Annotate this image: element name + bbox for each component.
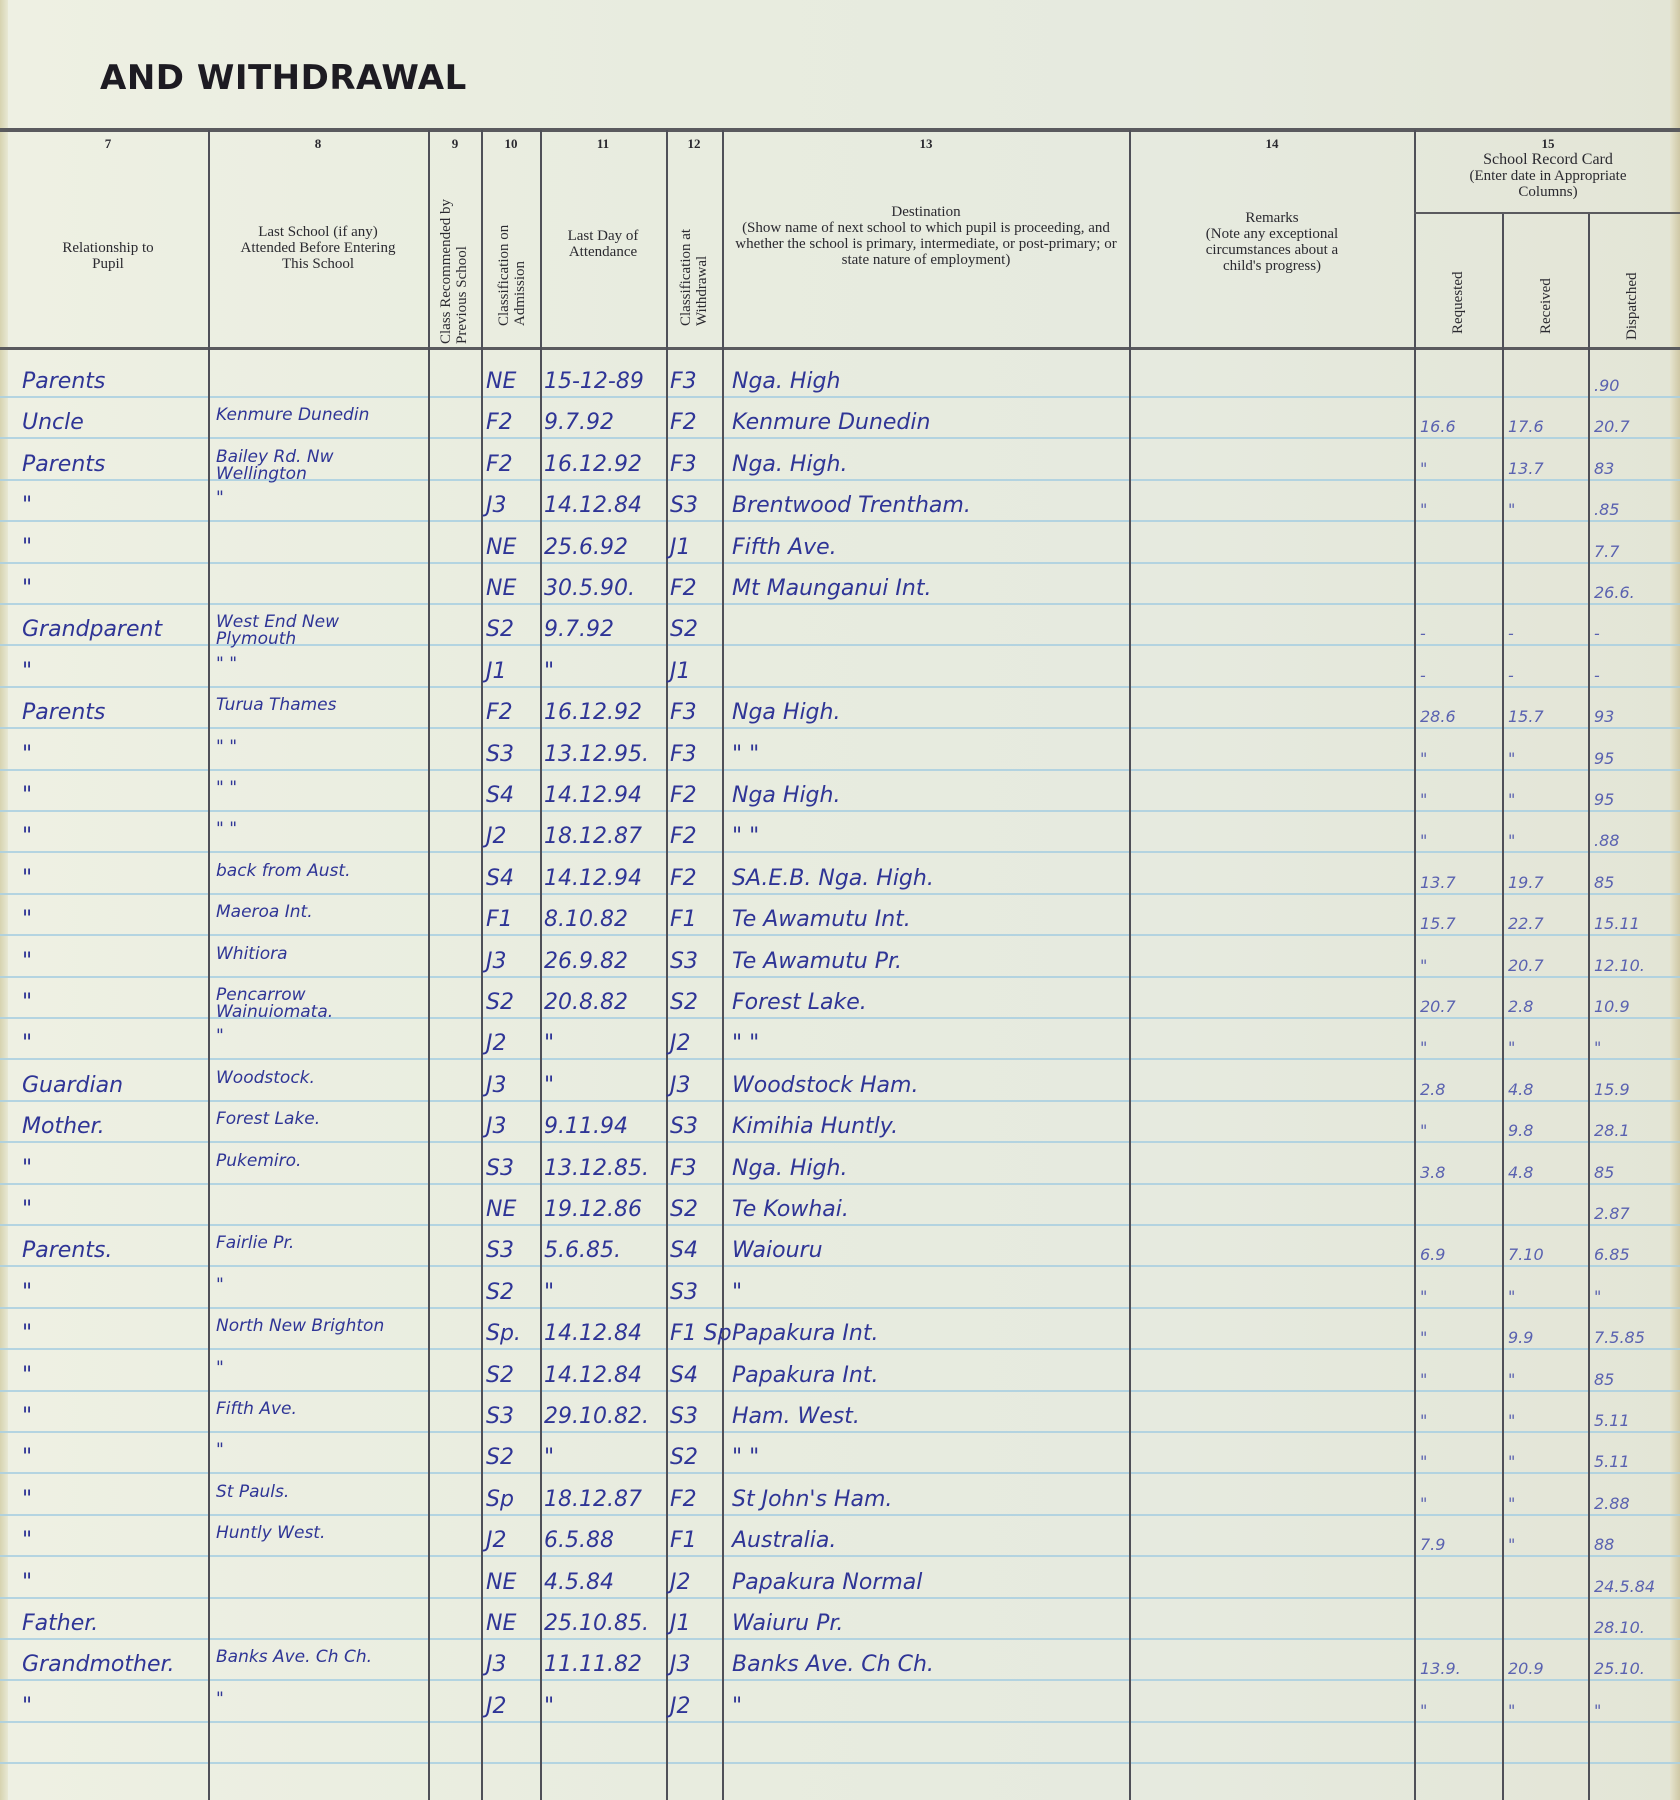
- relationship-cell: Mother.: [22, 1115, 105, 1139]
- ruled-line: [0, 1307, 1680, 1309]
- ruled-line: [0, 1348, 1680, 1350]
- header-classification-withdrawal-label: Classification at Withdrawal: [678, 166, 710, 326]
- requested-date-cell: 13.9.: [1420, 1657, 1461, 1681]
- ruled-line: [0, 1638, 1680, 1640]
- relationship-cell: ": [22, 1405, 32, 1429]
- last-school-cell: back from Aust.: [216, 863, 416, 880]
- received-date-cell: 22.7: [1508, 912, 1544, 936]
- header-classification-admission-label: Classification on Admission: [496, 166, 528, 326]
- dispatched-date-cell: 15.11: [1594, 912, 1640, 936]
- last-day-cell: 15-12-89: [544, 370, 644, 394]
- relationship-cell: ": [22, 1198, 32, 1222]
- last-day-cell: 13.12.85.: [544, 1157, 649, 1181]
- relationship-cell: ": [22, 1032, 32, 1056]
- last-day-cell: 14.12.94: [544, 867, 642, 891]
- destination-cell: ": [732, 1695, 742, 1719]
- destination-cell: Papakura Int.: [732, 1322, 878, 1346]
- last-school-cell: North New Brighton: [216, 1318, 416, 1335]
- ruled-line: [0, 1721, 1680, 1723]
- requested-date-cell: 13.7: [1420, 871, 1456, 895]
- withdrawal-class-cell: F3: [670, 743, 697, 767]
- destination-cell: Kimihia Huntly.: [732, 1115, 898, 1139]
- withdrawal-class-cell: S2: [670, 618, 698, 642]
- admission-class-cell: F1: [486, 908, 513, 932]
- relationship-cell: ": [22, 950, 32, 974]
- relationship-cell: ": [22, 1571, 32, 1595]
- last-school-cell: Pencarrow Wainuiomata.: [216, 987, 416, 1021]
- last-day-cell: 19.12.86: [544, 1198, 642, 1222]
- relationship-cell: ": [22, 867, 32, 891]
- admission-class-cell: S3: [486, 1157, 514, 1181]
- requested-date-cell: 3.8: [1420, 1161, 1445, 1185]
- withdrawal-class-cell: J3: [670, 1653, 691, 1677]
- last-day-cell: 25.10.85.: [544, 1612, 649, 1636]
- requested-date-cell: ": [1420, 1119, 1427, 1143]
- ruled-line: [0, 1141, 1680, 1143]
- last-day-cell: 5.6.85.: [544, 1239, 621, 1263]
- received-date-cell: -: [1508, 622, 1514, 646]
- requested-date-cell: ": [1420, 457, 1427, 481]
- last-school-cell: Bailey Rd. Nw Wellington: [216, 449, 416, 483]
- dispatched-date-cell: ": [1594, 1285, 1601, 1309]
- relationship-cell: Uncle: [22, 411, 84, 435]
- relationship-cell: Grandmother.: [22, 1653, 175, 1677]
- withdrawal-class-cell: F2: [670, 1488, 697, 1512]
- dispatched-date-cell: 12.10.: [1594, 954, 1645, 978]
- ruled-line: [0, 1514, 1680, 1516]
- withdrawal-class-cell: S3: [670, 1405, 698, 1429]
- last-school-cell: West End New Plymouth: [216, 614, 416, 648]
- header-relationship: 7 Relationship to Pupil: [10, 132, 206, 272]
- last-day-cell: 9.11.94: [544, 1115, 628, 1139]
- dispatched-date-cell: ": [1594, 1699, 1601, 1723]
- header-class-recommended-label: Class Recommended by Previous School: [438, 166, 470, 344]
- destination-cell: Ham. West.: [732, 1405, 860, 1429]
- destination-cell: Waiouru: [732, 1239, 823, 1263]
- last-school-cell: Turua Thames: [216, 697, 416, 714]
- withdrawal-class-cell: F2: [670, 411, 697, 435]
- destination-cell: Te Awamutu Int.: [732, 908, 911, 932]
- relationship-cell: ": [22, 577, 32, 601]
- last-school-cell: Fifth Ave.: [216, 1401, 416, 1418]
- received-date-cell: ": [1508, 1492, 1515, 1516]
- ruled-line: [0, 1390, 1680, 1392]
- dispatched-date-cell: 7.5.85: [1594, 1326, 1645, 1350]
- last-day-cell: 8.10.82: [544, 908, 628, 932]
- withdrawal-class-cell: F2: [670, 825, 697, 849]
- column-divider: [540, 130, 542, 1800]
- withdrawal-class-cell: F3: [670, 1157, 697, 1181]
- last-school-cell: Woodstock.: [216, 1070, 416, 1087]
- requested-date-cell: ": [1420, 954, 1427, 978]
- destination-cell: Te Kowhai.: [732, 1198, 849, 1222]
- received-date-cell: 17.6: [1508, 415, 1544, 439]
- admission-class-cell: NE: [486, 577, 516, 601]
- requested-date-cell: 28.6: [1420, 705, 1456, 729]
- relationship-cell: ": [22, 1695, 32, 1719]
- header-record-card: 15 School Record Card (Enter date in App…: [1416, 132, 1680, 200]
- destination-cell: " ": [732, 1032, 759, 1056]
- header-classification-admission: 10: [483, 132, 539, 152]
- dispatched-date-cell: -: [1594, 622, 1600, 646]
- dispatched-date-cell: 25.10.: [1594, 1657, 1645, 1681]
- requested-date-cell: ": [1420, 1409, 1427, 1433]
- relationship-cell: ": [22, 1364, 32, 1388]
- received-date-cell: 13.7: [1508, 457, 1544, 481]
- dispatched-date-cell: 5.11: [1594, 1409, 1630, 1433]
- column-divider: [1588, 212, 1590, 1800]
- dispatched-date-cell: -: [1594, 664, 1600, 688]
- requested-date-cell: 6.9: [1420, 1243, 1445, 1267]
- register-page: AND WITHDRAWAL 7 Relationship to Pupil 8…: [0, 0, 1680, 1800]
- last-day-cell: 14.12.84: [544, 494, 642, 518]
- requested-date-cell: ": [1420, 1450, 1427, 1474]
- dispatched-date-cell: ": [1594, 1036, 1601, 1060]
- column-divider: [666, 130, 668, 1800]
- received-date-cell: 20.9: [1508, 1657, 1544, 1681]
- relationship-cell: Grandparent: [22, 618, 162, 642]
- requested-date-cell: 7.9: [1420, 1533, 1445, 1557]
- destination-cell: " ": [732, 1446, 759, 1470]
- dispatched-date-cell: 85: [1594, 1161, 1614, 1185]
- admission-class-cell: J2: [486, 825, 507, 849]
- destination-cell: " ": [732, 825, 759, 849]
- dispatched-date-cell: 10.9: [1594, 995, 1630, 1019]
- destination-cell: " ": [732, 743, 759, 767]
- last-day-cell: 29.10.82.: [544, 1405, 649, 1429]
- withdrawal-class-cell: J1: [670, 536, 691, 560]
- dispatched-date-cell: 6.85: [1594, 1243, 1630, 1267]
- withdrawal-class-cell: S3: [670, 950, 698, 974]
- last-school-cell: Maeroa Int.: [216, 904, 416, 921]
- page-edge: [1670, 0, 1680, 1800]
- column-divider: [1502, 212, 1504, 1800]
- relationship-cell: ": [22, 1488, 32, 1512]
- admission-class-cell: NE: [486, 370, 516, 394]
- withdrawal-class-cell: J2: [670, 1032, 691, 1056]
- last-day-cell: 30.5.90.: [544, 577, 635, 601]
- admission-class-cell: S4: [486, 867, 514, 891]
- withdrawal-class-cell: S2: [670, 991, 698, 1015]
- column-divider: [722, 130, 724, 1800]
- admission-class-cell: J3: [486, 1115, 507, 1139]
- withdrawal-class-cell: S3: [670, 1115, 698, 1139]
- dispatched-date-cell: 2.88: [1594, 1492, 1630, 1516]
- withdrawal-class-cell: S2: [670, 1446, 698, 1470]
- last-school-cell: " ": [216, 780, 416, 797]
- last-school-cell: ": [216, 1028, 416, 1045]
- ruled-line: [0, 520, 1680, 522]
- last-school-cell: Fairlie Pr.: [216, 1235, 416, 1252]
- withdrawal-class-cell: S2: [670, 1198, 698, 1222]
- dispatched-date-cell: 7.7: [1594, 540, 1619, 564]
- destination-cell: Forest Lake.: [732, 991, 867, 1015]
- page-binding-edge: [0, 0, 8, 1800]
- admission-class-cell: S3: [486, 1405, 514, 1429]
- admission-class-cell: NE: [486, 1571, 516, 1595]
- column-divider: [1129, 130, 1131, 1800]
- withdrawal-class-cell: F2: [670, 577, 697, 601]
- admission-class-cell: J2: [486, 1695, 507, 1719]
- last-day-cell: 16.12.92: [544, 453, 642, 477]
- header-requested: Requested: [1450, 250, 1466, 334]
- withdrawal-class-cell: F1 Sp: [670, 1322, 732, 1346]
- relationship-cell: ": [22, 908, 32, 932]
- ruled-line: [0, 686, 1680, 688]
- relationship-cell: ": [22, 1281, 32, 1305]
- destination-cell: Nga. High.: [732, 453, 847, 477]
- relationship-cell: Parents.: [22, 1239, 112, 1263]
- last-school-cell: " ": [216, 656, 416, 673]
- received-date-cell: ": [1508, 1036, 1515, 1060]
- ruled-line: [0, 1431, 1680, 1433]
- requested-date-cell: 16.6: [1420, 415, 1456, 439]
- dispatched-date-cell: 83: [1594, 457, 1614, 481]
- last-day-cell: ": [544, 660, 554, 684]
- dispatched-date-cell: 15.9: [1594, 1078, 1630, 1102]
- relationship-cell: Father.: [22, 1612, 98, 1636]
- header-class-recommended: 9: [430, 132, 480, 152]
- received-date-cell: 20.7: [1508, 954, 1544, 978]
- requested-date-cell: ": [1420, 1285, 1427, 1309]
- relationship-cell: ": [22, 494, 32, 518]
- relationship-cell: Parents: [22, 370, 105, 394]
- admission-class-cell: S2: [486, 1364, 514, 1388]
- destination-cell: Papakura Normal: [732, 1571, 922, 1595]
- destination-cell: St John's Ham.: [732, 1488, 892, 1512]
- requested-date-cell: ": [1420, 1326, 1427, 1350]
- withdrawal-class-cell: J3: [670, 1074, 691, 1098]
- column-divider: [428, 130, 430, 1800]
- destination-cell: Mt Maunganui Int.: [732, 577, 931, 601]
- requested-date-cell: ": [1420, 747, 1427, 771]
- received-date-cell: 4.8: [1508, 1161, 1533, 1185]
- last-day-cell: 6.5.88: [544, 1529, 614, 1553]
- withdrawal-class-cell: F2: [670, 784, 697, 808]
- withdrawal-class-cell: F3: [670, 453, 697, 477]
- destination-cell: Woodstock Ham.: [732, 1074, 918, 1098]
- last-day-cell: 16.12.92: [544, 701, 642, 725]
- admission-class-cell: Sp: [486, 1488, 514, 1512]
- ruled-line: [0, 976, 1680, 978]
- dispatched-date-cell: 24.5.84: [1594, 1575, 1655, 1599]
- destination-cell: SA.E.B. Nga. High.: [732, 867, 934, 891]
- column-divider: [481, 130, 483, 1800]
- withdrawal-class-cell: J1: [670, 660, 691, 684]
- destination-cell: Fifth Ave.: [732, 536, 837, 560]
- admission-class-cell: NE: [486, 1612, 516, 1636]
- relationship-cell: ": [22, 1446, 32, 1470]
- admission-class-cell: S4: [486, 784, 514, 808]
- withdrawal-class-cell: F1: [670, 908, 697, 932]
- relationship-cell: ": [22, 1157, 32, 1181]
- dispatched-date-cell: 28.1: [1594, 1119, 1630, 1143]
- dispatched-date-cell: .85: [1594, 498, 1619, 522]
- last-school-cell: Forest Lake.: [216, 1111, 416, 1128]
- dispatched-date-cell: 20.7: [1594, 415, 1630, 439]
- last-day-cell: 9.7.92: [544, 411, 614, 435]
- header-destination: 13 Destination (Show name of next school…: [724, 132, 1128, 268]
- ruled-line: [0, 769, 1680, 771]
- last-school-cell: ": [216, 490, 416, 507]
- received-date-cell: ": [1508, 747, 1515, 771]
- destination-cell: Brentwood Trentham.: [732, 494, 971, 518]
- withdrawal-class-cell: J2: [670, 1571, 691, 1595]
- received-date-cell: 2.8: [1508, 995, 1533, 1019]
- received-date-cell: 4.8: [1508, 1078, 1533, 1102]
- header-dispatched: Dispatched: [1624, 250, 1640, 340]
- header-last-day: 11 Last Day of Attendance: [542, 132, 664, 260]
- last-day-cell: 20.8.82: [544, 991, 628, 1015]
- received-date-cell: ": [1508, 1285, 1515, 1309]
- last-school-cell: Kenmure Dunedin: [216, 407, 416, 424]
- relationship-cell: ": [22, 536, 32, 560]
- last-school-cell: St Pauls.: [216, 1484, 416, 1501]
- last-day-cell: 18.12.87: [544, 825, 642, 849]
- destination-cell: Papakura Int.: [732, 1364, 878, 1388]
- ruled-line: [0, 1224, 1680, 1226]
- destination-cell: Waiuru Pr.: [732, 1612, 843, 1636]
- last-day-cell: 25.6.92: [544, 536, 628, 560]
- destination-cell: Te Awamutu Pr.: [732, 950, 902, 974]
- admission-class-cell: F2: [486, 701, 513, 725]
- relationship-cell: ": [22, 784, 32, 808]
- last-day-cell: 14.12.94: [544, 784, 642, 808]
- last-day-cell: 9.7.92: [544, 618, 614, 642]
- requested-date-cell: ": [1420, 788, 1427, 812]
- relationship-cell: Parents: [22, 453, 105, 477]
- withdrawal-class-cell: F1: [670, 1529, 697, 1553]
- admission-class-cell: S2: [486, 991, 514, 1015]
- withdrawal-class-cell: S3: [670, 494, 698, 518]
- last-day-cell: ": [544, 1074, 554, 1098]
- dispatched-date-cell: 85: [1594, 871, 1614, 895]
- header-bottom-rule: [0, 347, 1680, 350]
- dispatched-date-cell: 26.6.: [1594, 581, 1635, 605]
- ruled-line: [0, 562, 1680, 564]
- requested-date-cell: ": [1420, 498, 1427, 522]
- destination-cell: Banks Ave. Ch Ch.: [732, 1653, 934, 1677]
- relationship-cell: Guardian: [22, 1074, 123, 1098]
- received-date-cell: ": [1508, 788, 1515, 812]
- relationship-cell: ": [22, 825, 32, 849]
- last-day-cell: 14.12.84: [544, 1322, 642, 1346]
- last-day-cell: ": [544, 1695, 554, 1719]
- last-school-cell: " ": [216, 821, 416, 838]
- dispatched-date-cell: 93: [1594, 705, 1614, 729]
- admission-class-cell: S2: [486, 1281, 514, 1305]
- relationship-cell: ": [22, 991, 32, 1015]
- dispatched-date-cell: 2.87: [1594, 1202, 1630, 1226]
- destination-cell: Nga. High.: [732, 1157, 847, 1181]
- dispatched-date-cell: 85: [1594, 1368, 1614, 1392]
- received-date-cell: 15.7: [1508, 705, 1544, 729]
- requested-date-cell: ": [1420, 1492, 1427, 1516]
- withdrawal-class-cell: S4: [670, 1364, 698, 1388]
- dispatched-date-cell: 28.10.: [1594, 1616, 1645, 1640]
- dispatched-date-cell: 88: [1594, 1533, 1614, 1557]
- requested-date-cell: 20.7: [1420, 995, 1456, 1019]
- last-school-cell: Pukemiro.: [216, 1153, 416, 1170]
- ruled-line: [0, 1597, 1680, 1599]
- destination-cell: Nga High.: [732, 784, 840, 808]
- admission-class-cell: J2: [486, 1529, 507, 1553]
- header-last-school: 8 Last School (if any) Attended Before E…: [210, 132, 426, 272]
- dispatched-date-cell: .90: [1594, 374, 1619, 398]
- admission-class-cell: J3: [486, 950, 507, 974]
- destination-cell: Kenmure Dunedin: [732, 411, 930, 435]
- admission-class-cell: NE: [486, 536, 516, 560]
- last-school-cell: ": [216, 1360, 416, 1377]
- dispatched-date-cell: 5.11: [1594, 1450, 1630, 1474]
- last-school-cell: Huntly West.: [216, 1525, 416, 1542]
- requested-date-cell: ": [1420, 1368, 1427, 1392]
- admission-class-cell: F2: [486, 453, 513, 477]
- admission-class-cell: J1: [486, 660, 507, 684]
- admission-class-cell: J3: [486, 494, 507, 518]
- header-received: Received: [1538, 250, 1554, 334]
- last-school-cell: ": [216, 1442, 416, 1459]
- last-day-cell: 13.12.95.: [544, 743, 649, 767]
- last-day-cell: 18.12.87: [544, 1488, 642, 1512]
- withdrawal-class-cell: F2: [670, 867, 697, 891]
- admission-class-cell: F2: [486, 411, 513, 435]
- admission-class-cell: J2: [486, 1032, 507, 1056]
- withdrawal-class-cell: F3: [670, 701, 697, 725]
- received-date-cell: 19.7: [1508, 871, 1544, 895]
- withdrawal-class-cell: S4: [670, 1239, 698, 1263]
- received-date-cell: ": [1508, 1533, 1515, 1557]
- last-day-cell: 26.9.82: [544, 950, 628, 974]
- withdrawal-class-cell: J1: [670, 1612, 691, 1636]
- ruled-line: [0, 810, 1680, 812]
- admission-class-cell: S2: [486, 1446, 514, 1470]
- page-title: AND WITHDRAWAL: [100, 58, 467, 98]
- destination-cell: ": [732, 1281, 742, 1305]
- withdrawal-class-cell: F3: [670, 370, 697, 394]
- received-date-cell: -: [1508, 664, 1514, 688]
- last-school-cell: Whitiora: [216, 946, 416, 963]
- received-date-cell: ": [1508, 1368, 1515, 1392]
- received-date-cell: ": [1508, 1699, 1515, 1723]
- relationship-cell: ": [22, 1322, 32, 1346]
- withdrawal-class-cell: S3: [670, 1281, 698, 1305]
- header-classification-withdrawal: 12: [668, 132, 720, 152]
- admission-class-cell: NE: [486, 1198, 516, 1222]
- received-date-cell: ": [1508, 829, 1515, 853]
- received-date-cell: ": [1508, 1409, 1515, 1433]
- last-school-cell: Banks Ave. Ch Ch.: [216, 1649, 416, 1666]
- ruled-line: [0, 396, 1680, 398]
- ruled-line: [0, 1762, 1680, 1764]
- requested-date-cell: ": [1420, 829, 1427, 853]
- admission-class-cell: J3: [486, 1074, 507, 1098]
- ruled-line: [0, 603, 1680, 605]
- received-date-cell: 7.10: [1508, 1243, 1544, 1267]
- last-day-cell: ": [544, 1032, 554, 1056]
- admission-class-cell: Sp.: [486, 1322, 521, 1346]
- dispatched-date-cell: 95: [1594, 788, 1614, 812]
- last-day-cell: 11.11.82: [544, 1653, 642, 1677]
- last-school-cell: " ": [216, 739, 416, 756]
- admission-class-cell: S2: [486, 618, 514, 642]
- relationship-cell: ": [22, 1529, 32, 1553]
- received-date-cell: ": [1508, 498, 1515, 522]
- requested-date-cell: ": [1420, 1036, 1427, 1060]
- relationship-cell: Parents: [22, 701, 105, 725]
- last-school-cell: ": [216, 1277, 416, 1294]
- received-date-cell: 9.8: [1508, 1119, 1533, 1143]
